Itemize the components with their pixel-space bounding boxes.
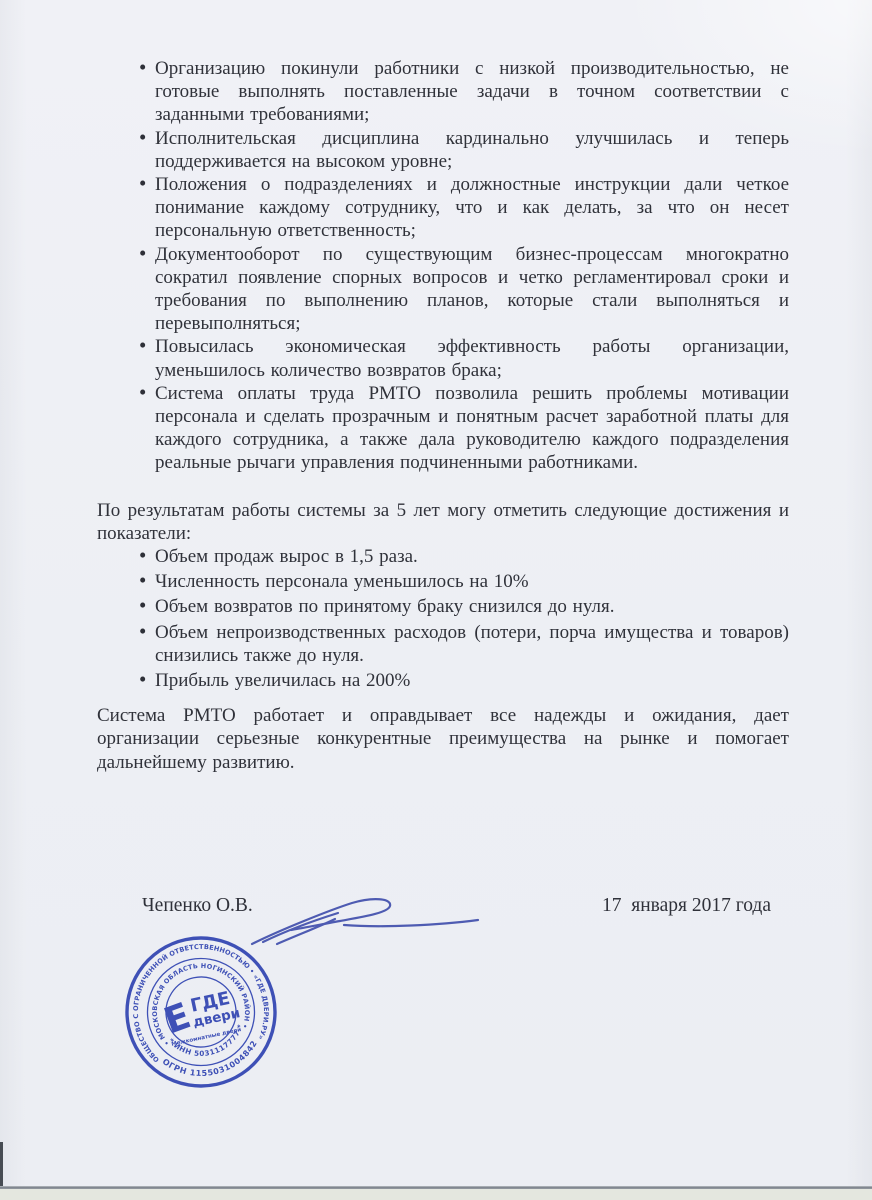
paragraph-results: По результатам работы системы за 5 лет м… xyxy=(97,499,789,545)
list-item: Объем возвратов по принятому браку снизи… xyxy=(97,595,789,618)
metrics-list: Объем продаж вырос в 1,5 раза. Численнос… xyxy=(97,545,789,692)
scanner-background xyxy=(0,1189,872,1200)
scan-edge-mark xyxy=(0,1142,3,1186)
list-item: Прибыль увеличилась на 200% xyxy=(97,669,789,692)
signature-tail xyxy=(344,920,478,926)
list-item: Исполнительская дисциплина кардинально у… xyxy=(97,127,789,173)
list-item: Объем продаж вырос в 1,5 раза. xyxy=(97,545,789,568)
signature-scribble xyxy=(230,885,500,955)
list-item: Организацию покинули работники с низкой … xyxy=(97,57,789,127)
list-item: Документооборот по существующим бизнес-п… xyxy=(97,243,789,336)
achievements-list: Организацию покинули работники с низкой … xyxy=(97,57,789,475)
list-item: Численность персонала уменьшилось на 10% xyxy=(97,570,789,593)
document-body: Организацию покинули работники с низкой … xyxy=(97,57,789,774)
scanned-page: Организацию покинули работники с низкой … xyxy=(0,0,872,1200)
list-item: Система оплаты труда РМТО позволила реши… xyxy=(97,382,789,475)
list-item: Повысилась экономическая эффективность р… xyxy=(97,335,789,381)
paragraph-closing: Система РМТО работает и оправдывает все … xyxy=(97,704,789,774)
list-item: Положения о подразделениях и должностные… xyxy=(97,173,789,243)
document-date: 17 января 2017 года xyxy=(602,895,771,917)
list-item: Объем непроизводственных расходов (потер… xyxy=(97,621,789,667)
